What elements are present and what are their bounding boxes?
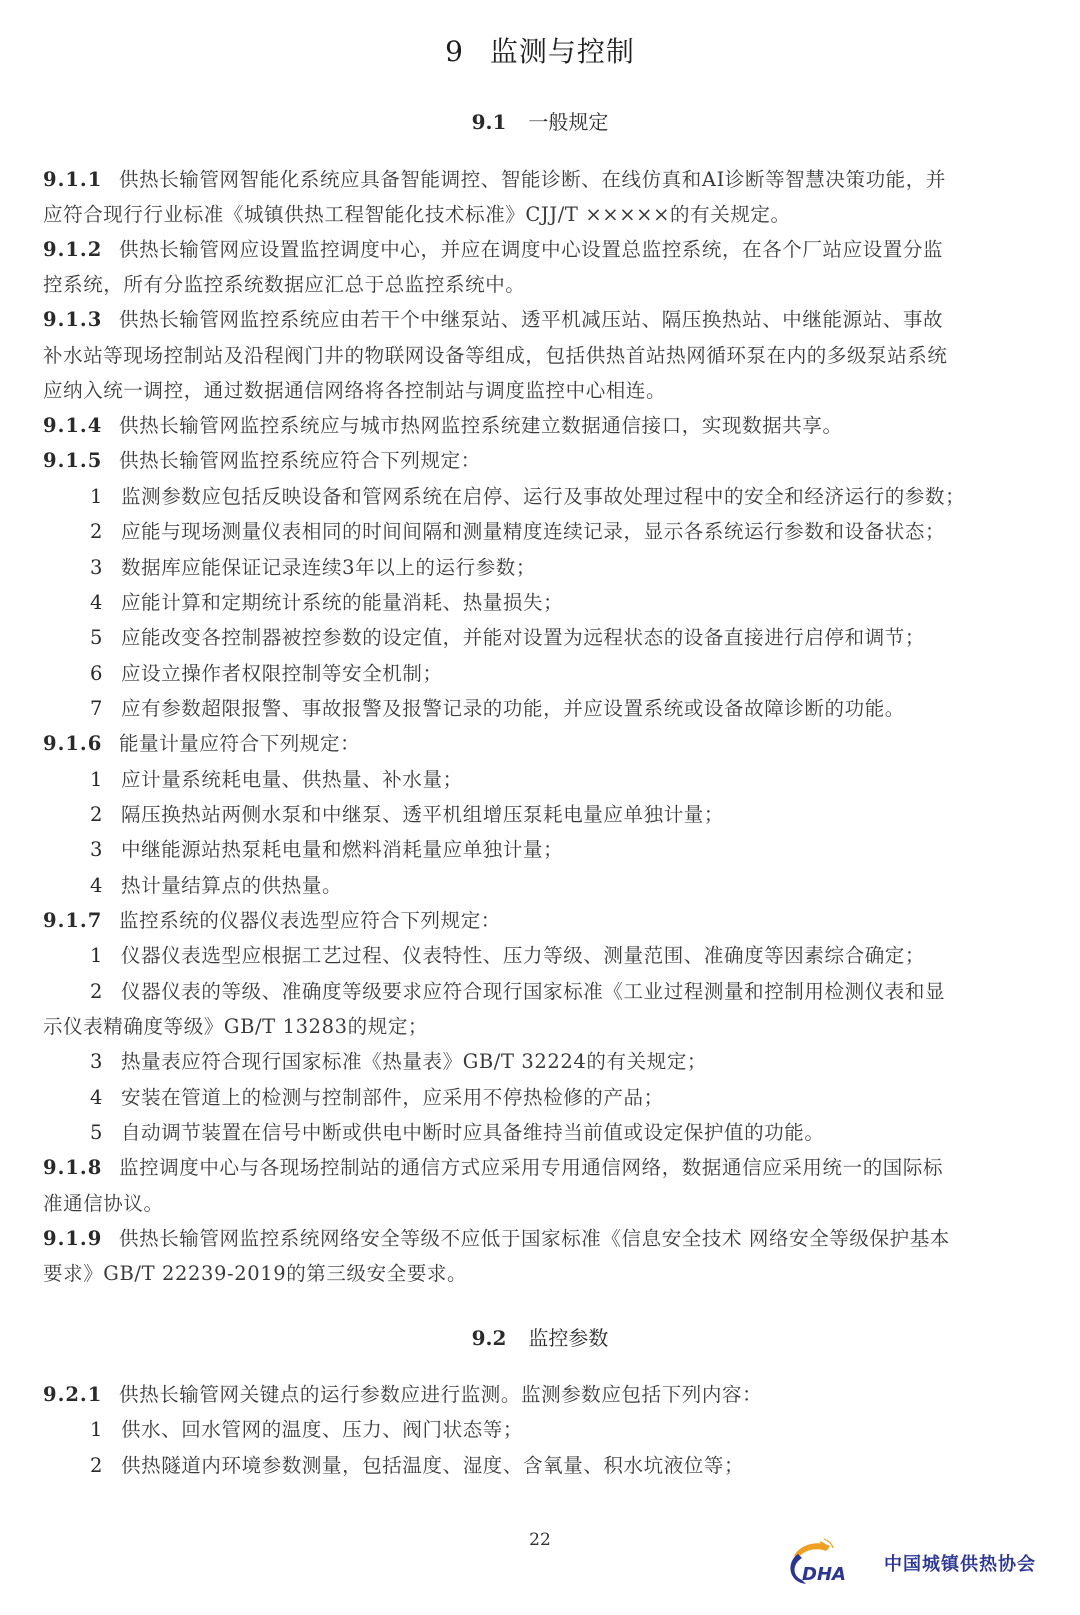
item-text: 隔压换热站两侧水泵和中继泵、透平机组增压泵耗电量应单独计量； <box>121 803 724 826</box>
item-number: 4 <box>90 874 121 898</box>
continuation-line: 控系统，所有分监控系统数据应汇总于总监控系统中。 <box>43 273 1043 297</box>
clause-number: 9.1.2 <box>43 238 119 262</box>
continuation-line: 准通信协议。 <box>43 1192 1043 1216</box>
list-item: 5应能改变各控制器被控参数的设定值，并能对设置为远程状态的设备直接进行启停和调节… <box>90 626 1080 650</box>
item-number: 6 <box>90 662 121 686</box>
item-number: 1 <box>90 944 121 968</box>
item-number: 1 <box>90 768 121 792</box>
chapter-title-text: 监测与控制 <box>490 35 635 68</box>
clause-text: 监控调度中心与各现场控制站的通信方式应采用专用通信网络，数据通信应采用统一的国际… <box>119 1156 943 1179</box>
list-item: 2应能与现场测量仪表相同的时间间隔和测量精度连续记录，显示各系统运行参数和设备状… <box>90 520 1080 544</box>
section-title-9-1: 9.1一般规定 <box>0 106 1080 135</box>
clause-line: 9.1.4供热长输管网监控系统应与城市热网监控系统建立数据通信接口，实现数据共享… <box>43 414 1043 438</box>
section-title-9-2: 9.2监控参数 <box>0 1322 1080 1351</box>
clause-number: 9.1.7 <box>43 909 119 933</box>
clause-number: 9.1.8 <box>43 1156 119 1180</box>
list-item: 4安装在管道上的检测与控制部件，应采用不停热检修的产品； <box>90 1086 1080 1110</box>
list-item: 7应有参数超限报警、事故报警及报警记录的功能，并应设置系统或设备故障诊断的功能。 <box>90 697 1080 721</box>
item-number: 4 <box>90 591 121 615</box>
item-text: 中继能源站热泵耗电量和燃料消耗量应单独计量； <box>121 838 563 861</box>
clause-text: 能量计量应符合下列规定： <box>119 732 360 755</box>
item-text: 数据库应能保证记录连续3年以上的运行参数； <box>121 556 536 579</box>
item-text: 热计量结算点的供热量。 <box>121 874 342 897</box>
clause-line: 9.1.9供热长输管网监控系统网络安全等级不应低于国家标准《信息安全技术 网络安… <box>43 1227 1043 1251</box>
clause-line: 9.1.5供热长输管网监控系统应符合下列规定： <box>43 449 1043 473</box>
clause-number: 9.1.4 <box>43 414 119 438</box>
list-item: 2仪器仪表的等级、准确度等级要求应符合现行国家标准《工业过程测量和控制用检测仪表… <box>90 980 1080 1004</box>
continuation-line: 补水站等现场控制站及沿程阀门井的物联网设备等组成，包括供热首站热网循环泵在内的多… <box>43 344 1043 368</box>
item-number: 5 <box>90 626 121 650</box>
list-item: 3数据库应能保证记录连续3年以上的运行参数； <box>90 556 1080 580</box>
continuation-line: 应纳入统一调控，通过数据通信网络将各控制站与调度监控中心相连。 <box>43 379 1043 403</box>
item-text: 应能改变各控制器被控参数的设定值，并能对设置为远程状态的设备直接进行启停和调节； <box>121 626 925 649</box>
clause-text: 补水站等现场控制站及沿程阀门井的物联网设备等组成，包括供热首站热网循环泵在内的多… <box>43 344 948 367</box>
list-item: 2隔压换热站两侧水泵和中继泵、透平机组增压泵耗电量应单独计量； <box>90 803 1080 827</box>
item-number: 4 <box>90 1086 121 1110</box>
item-number: 2 <box>90 980 121 1004</box>
item-text: 供热隧道内环境参数测量，包括温度、湿度、含氧量、积水坑液位等； <box>121 1454 744 1477</box>
item-number: 3 <box>90 838 121 862</box>
svg-text:DHA: DHA <box>802 1564 846 1585</box>
clause-text: 控系统，所有分监控系统数据应汇总于总监控系统中。 <box>43 273 525 296</box>
list-item: 1应计量系统耗电量、供热量、补水量； <box>90 768 1080 792</box>
item-text: 应能计算和定期统计系统的能量消耗、热量损失； <box>121 591 563 614</box>
item-text: 仪器仪表的等级、准确度等级要求应符合现行国家标准《工业过程测量和控制用检测仪表和… <box>121 980 945 1003</box>
clause-text: 供热长输管网关键点的运行参数应进行监测。监测参数应包括下列内容： <box>119 1383 762 1406</box>
item-text: 仪器仪表选型应根据工艺过程、仪表特性、压力等级、测量范围、准确度等因素综合确定； <box>121 944 925 967</box>
list-item: 1仪器仪表选型应根据工艺过程、仪表特性、压力等级、测量范围、准确度等因素综合确定… <box>90 944 1080 968</box>
clause-line: 9.1.8监控调度中心与各现场控制站的通信方式应采用专用通信网络，数据通信应采用… <box>43 1156 1043 1180</box>
clause-text: 供热长输管网监控系统应符合下列规定： <box>119 449 481 472</box>
item-number: 1 <box>90 1418 121 1442</box>
clause-text: 应符合现行行业标准《城镇供热工程智能化技术标准》CJJ/T ×××××的有关规定… <box>43 203 791 226</box>
clause-number: 9.1.1 <box>43 168 119 192</box>
item-number: 7 <box>90 697 121 721</box>
continuation-line: 应符合现行行业标准《城镇供热工程智能化技术标准》CJJ/T ×××××的有关规定… <box>43 203 1043 227</box>
clause-text: 供热长输管网监控系统应与城市热网监控系统建立数据通信接口，实现数据共享。 <box>119 414 843 437</box>
section-title-text: 一般规定 <box>528 110 608 134</box>
clause-text: 应纳入统一调控，通过数据通信网络将各控制站与调度监控中心相连。 <box>43 379 666 402</box>
clause-number: 9.1.3 <box>43 308 119 332</box>
clause-line: 9.1.3供热长输管网监控系统应由若干个中继泵站、透平机减压站、隔压换热站、中继… <box>43 308 1043 332</box>
item-text: 应计量系统耗电量、供热量、补水量； <box>121 768 463 791</box>
clause-text: 供热长输管网应设置监控调度中心，并应在调度中心设置总监控系统，在各个厂站应设置分… <box>119 238 943 261</box>
list-item: 2供热隧道内环境参数测量，包括温度、湿度、含氧量、积水坑液位等； <box>90 1454 1080 1478</box>
document-page: 9监测与控制 9.1一般规定 9.1.1供热长输管网智能化系统应具备智能调控、智… <box>0 0 1080 1615</box>
item-number: 2 <box>90 520 121 544</box>
item-text: 示仪表精确度等级》GB/T 13283的规定； <box>43 1015 428 1038</box>
item-number: 3 <box>90 556 121 580</box>
list-item: 5自动调节装置在信号中断或供电中断时应具备维持当前值或设定保护值的功能。 <box>90 1121 1080 1145</box>
item-text: 监测参数应包括反映设备和管网系统在启停、运行及事故处理过程中的安全和经济运行的参… <box>121 485 965 508</box>
chapter-number: 9 <box>445 35 464 68</box>
clause-text: 监控系统的仪器仪表选型应符合下列规定： <box>119 909 501 932</box>
clause-number: 9.1.9 <box>43 1227 119 1251</box>
clause-number: 9.2.1 <box>43 1383 119 1407</box>
item-text: 应能与现场测量仪表相同的时间间隔和测量精度连续记录，显示各系统运行参数和设备状态… <box>121 520 945 543</box>
cdha-logo: DHA 中国城镇供热协会 <box>780 1538 1070 1588</box>
clause-line: 9.1.7监控系统的仪器仪表选型应符合下列规定： <box>43 909 1043 933</box>
item-number: 2 <box>90 803 121 827</box>
clause-line: 9.1.2供热长输管网应设置监控调度中心，并应在调度中心设置总监控系统，在各个厂… <box>43 238 1043 262</box>
clause-text: 供热长输管网智能化系统应具备智能调控、智能诊断、在线仿真和AI诊断等智慧决策功能… <box>119 168 946 191</box>
continuation-line: 要求》GB/T 22239-2019的第三级安全要求。 <box>43 1262 1043 1286</box>
item-text: 自动调节装置在信号中断或供电中断时应具备维持当前值或设定保护值的功能。 <box>121 1121 825 1144</box>
list-item: 3热量表应符合现行国家标准《热量表》GB/T 32224的有关规定； <box>90 1050 1080 1074</box>
clause-text: 要求》GB/T 22239-2019的第三级安全要求。 <box>43 1262 467 1285</box>
section-title-text: 监控参数 <box>528 1326 608 1350</box>
clause-line: 9.1.6能量计量应符合下列规定： <box>43 732 1043 756</box>
item-number: 1 <box>90 485 121 509</box>
cdha-emblem-icon: DHA <box>780 1538 876 1588</box>
list-item: 1供水、回水管网的温度、压力、阀门状态等； <box>90 1418 1080 1442</box>
clause-text: 供热长输管网监控系统应由若干个中继泵站、透平机减压站、隔压换热站、中继能源站、事… <box>119 308 943 331</box>
item-text: 应有参数超限报警、事故报警及报警记录的功能，并应设置系统或设备故障诊断的功能。 <box>121 697 905 720</box>
chapter-title: 9监测与控制 <box>0 30 1080 70</box>
item-text: 热量表应符合现行国家标准《热量表》GB/T 32224的有关规定； <box>121 1050 707 1073</box>
item-number: 3 <box>90 1050 121 1074</box>
clause-line: 9.1.1供热长输管网智能化系统应具备智能调控、智能诊断、在线仿真和AI诊断等智… <box>43 168 1043 192</box>
clause-number: 9.1.5 <box>43 449 119 473</box>
clause-line: 9.2.1供热长输管网关键点的运行参数应进行监测。监测参数应包括下列内容： <box>43 1383 1043 1407</box>
section-number: 9.1 <box>472 110 507 134</box>
list-item: 6应设立操作者权限控制等安全机制； <box>90 662 1080 686</box>
clause-text: 准通信协议。 <box>43 1192 164 1215</box>
clause-text: 供热长输管网监控系统网络安全等级不应低于国家标准《信息安全技术 网络安全等级保护… <box>119 1227 950 1250</box>
clause-number: 9.1.6 <box>43 732 119 756</box>
list-item: 1监测参数应包括反映设备和管网系统在启停、运行及事故处理过程中的安全和经济运行的… <box>90 485 1080 509</box>
item-number: 5 <box>90 1121 121 1145</box>
list-item: 3中继能源站热泵耗电量和燃料消耗量应单独计量； <box>90 838 1080 862</box>
list-item: 4应能计算和定期统计系统的能量消耗、热量损失； <box>90 591 1080 615</box>
item-number: 2 <box>90 1454 121 1478</box>
item-text: 安装在管道上的检测与控制部件，应采用不停热检修的产品； <box>121 1086 664 1109</box>
continuation-line: 示仪表精确度等级》GB/T 13283的规定； <box>43 1015 1043 1039</box>
item-text: 应设立操作者权限控制等安全机制； <box>121 662 443 685</box>
item-text: 供水、回水管网的温度、压力、阀门状态等； <box>121 1418 523 1441</box>
org-name: 中国城镇供热协会 <box>884 1550 1036 1576</box>
section-number: 9.2 <box>472 1326 507 1350</box>
list-item: 4热计量结算点的供热量。 <box>90 874 1080 898</box>
